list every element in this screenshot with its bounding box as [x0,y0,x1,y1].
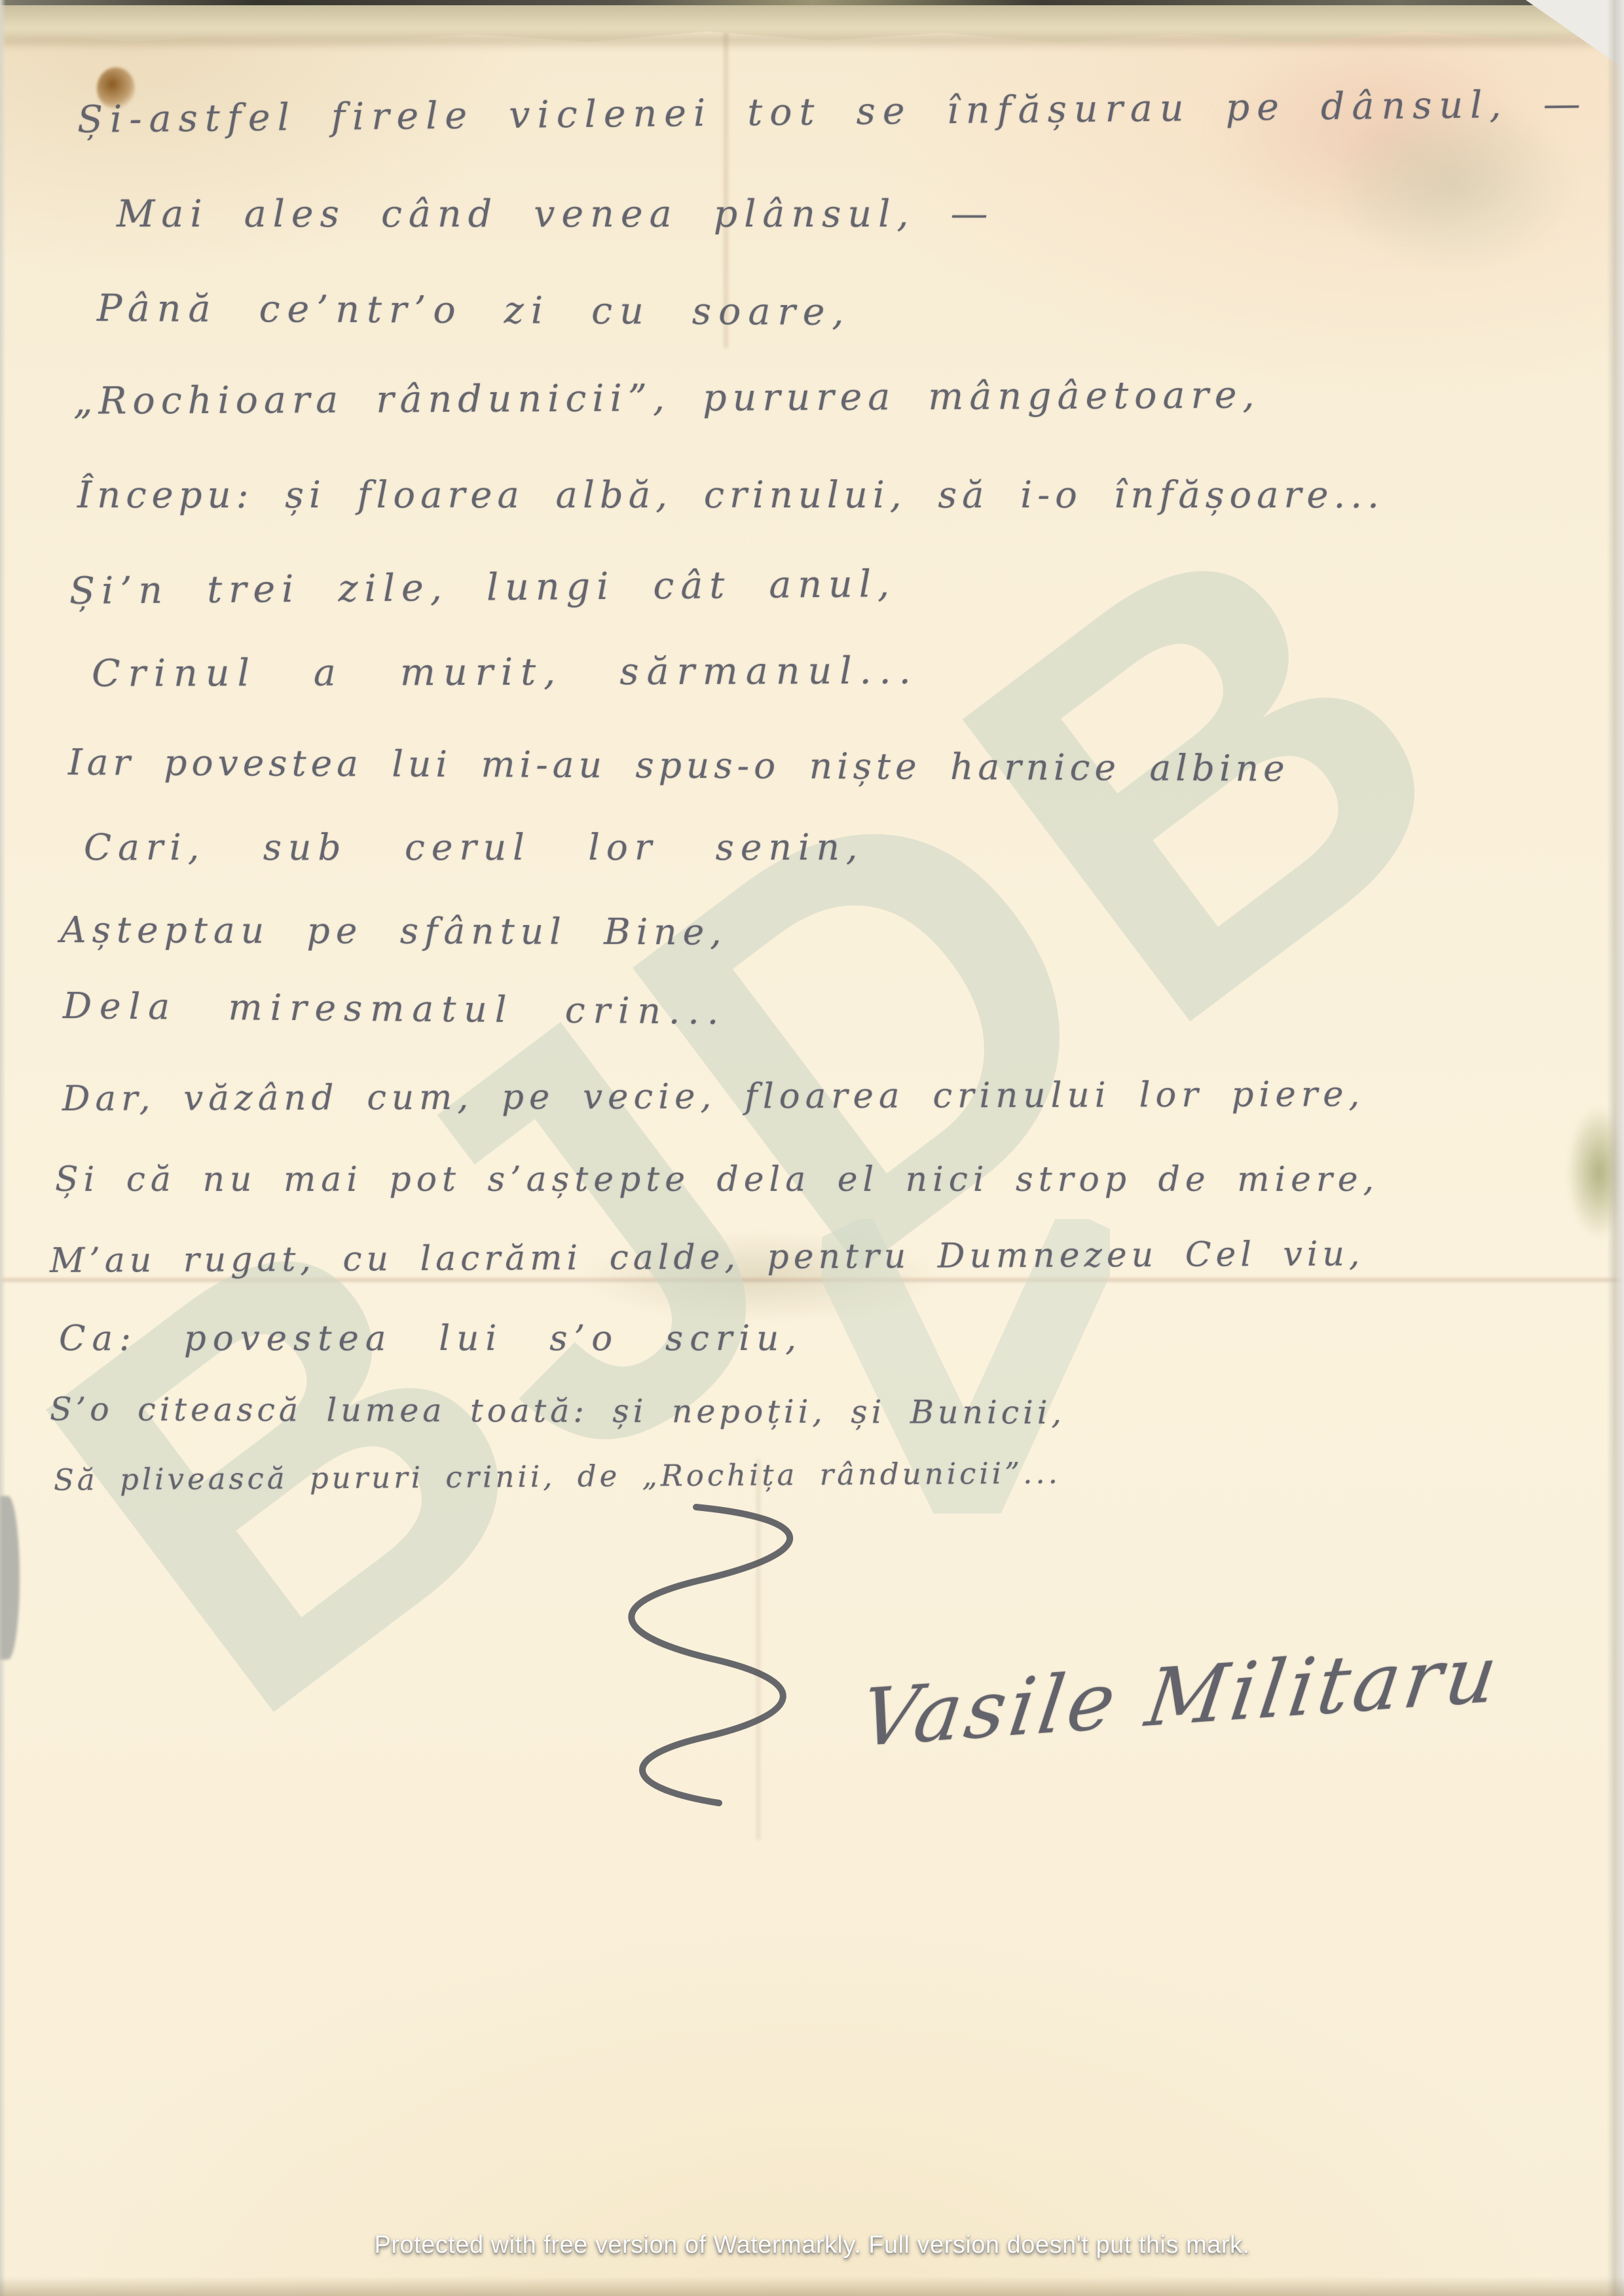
poem-line: Până ce’ntr’o zi cu soare, [97,287,851,334]
poem-line: Și’n trei zile, lungi cât anul, [69,562,896,613]
watermarkly-notice: Protected with free version of Watermark… [0,2231,1624,2259]
flourish-squiggle [595,1501,830,1815]
poem-line: Începu: și floarea albă, crinului, să i-… [77,474,1384,517]
poem-text: Și-astfel firele viclenei tot se înfășur… [0,0,1624,2296]
torn-edge-shadow [0,35,1624,45]
poem-line: Să plivească pururi crinii, de „Rochița … [54,1455,1061,1497]
poem-line: Așteptau pe sfântul Bine, [60,909,728,953]
poem-line: M’au rugat, cu lacrămi calde, pentru Dum… [50,1234,1365,1281]
poem-line: Iar povestea lui mi-au spus-o niște harn… [68,741,1289,790]
scanned-page: BJDB Și-astfel firele viclenei tot se în… [0,0,1624,2296]
poem-line: „Rochioara rândunicii”, pururea mângâeto… [73,374,1261,423]
poem-line: Dela miresmatul crin... [63,985,727,1032]
poem-line: Și că nu mai pot s’aștepte dela el nici … [55,1160,1379,1199]
poem-line: S’o citească lumea toată: și nepoții, și… [50,1391,1065,1431]
poem-line: Și-astfel firele viclenei tot se înfășur… [77,82,1588,141]
scan-bottom-edge [0,2276,1624,2296]
poem-line: Dar, văzând cum, pe vecie, floarea crinu… [62,1074,1365,1119]
poem-line: Ca: povestea lui s’o scriu, [59,1319,803,1358]
scan-left-edge [0,0,6,2296]
poem-line: Mai ales când venea plânsul, — [117,192,995,236]
poem-line: Cari, sub cerul lor senin, [84,826,864,868]
scan-right-edge [1607,0,1624,2296]
poem-line: Crinul a murit, sărmanul... [92,649,919,695]
